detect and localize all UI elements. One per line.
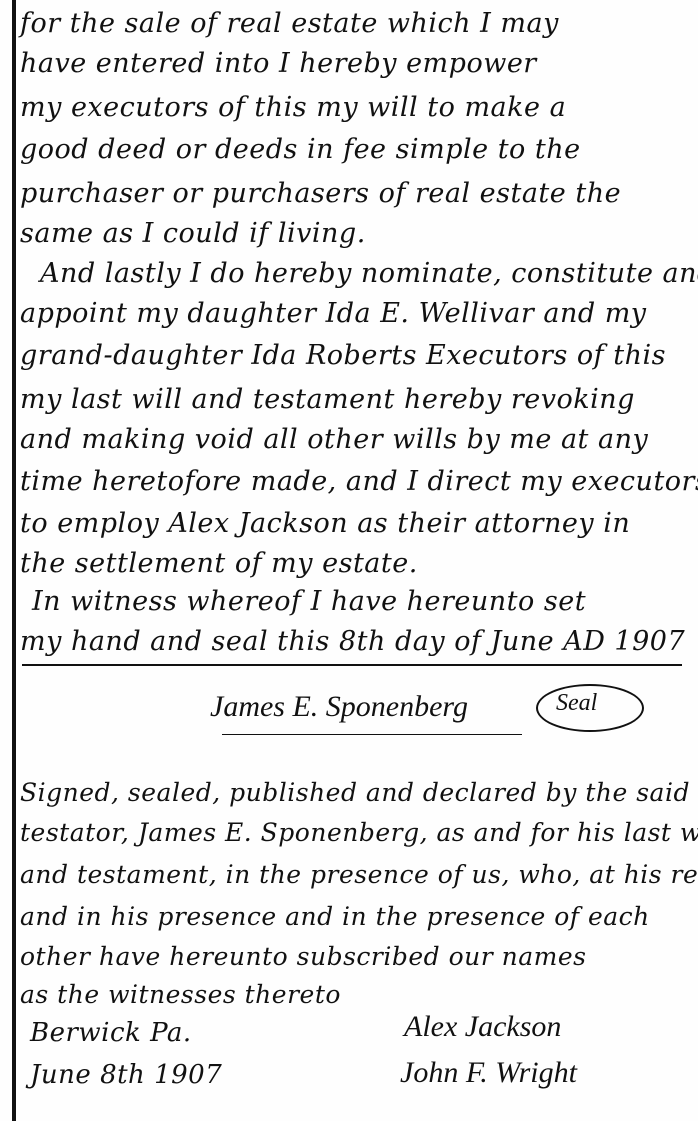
- body-line-3: my executors of this my will to make a: [20, 92, 566, 123]
- attestation-line-4: and in his presence and in the presence …: [20, 902, 650, 931]
- body-line-15: In witness whereof I have hereunto set: [32, 586, 586, 617]
- witness-signature-1: Alex Jackson: [404, 1010, 561, 1044]
- witness-signature-2: John F. Wright: [400, 1056, 577, 1090]
- body-line-5: purchaser or purchasers of real estate t…: [20, 178, 621, 209]
- attestation-line-3: and testament, in the presence of us, wh…: [20, 860, 698, 889]
- document-page: for the sale of real estate which I may …: [0, 0, 698, 1121]
- signing-date: June 8th 1907: [30, 1060, 222, 1090]
- body-line-9: grand-daughter Ida Roberts Executors of …: [20, 340, 666, 371]
- body-line-7: And lastly I do hereby nominate, constit…: [40, 258, 698, 289]
- attestation-line-2: testator, James E. Sponenberg, as and fo…: [20, 818, 698, 847]
- body-line-8: appoint my daughter Ida E. Wellivar and …: [20, 298, 647, 329]
- seal-label: Seal: [556, 690, 597, 717]
- body-line-13: to employ Alex Jackson as their attorney…: [20, 508, 630, 539]
- body-line-11: and making void all other wills by me at…: [20, 424, 648, 455]
- body-line-12: time heretofore made, and I direct my ex…: [20, 466, 698, 497]
- body-line-16: my hand and seal this 8th day of June AD…: [20, 626, 685, 657]
- left-margin-rule: [12, 0, 16, 1121]
- date-underline: [22, 664, 682, 666]
- attestation-line-6: as the witnesses thereto: [20, 980, 341, 1009]
- signature-underline: [222, 734, 522, 735]
- testator-signature: James E. Sponenberg: [210, 690, 468, 724]
- body-line-14: the settlement of my estate.: [20, 548, 418, 579]
- attestation-line-1: Signed, sealed, published and declared b…: [20, 778, 690, 807]
- place: Berwick Pa.: [30, 1018, 192, 1048]
- body-line-10: my last will and testament hereby revoki…: [20, 384, 635, 415]
- attestation-line-5: other have hereunto subscribed our names: [20, 942, 587, 971]
- body-line-2: have entered into I hereby empower: [20, 48, 537, 79]
- body-line-4: good deed or deeds in fee simple to the: [20, 134, 581, 165]
- body-line-1: for the sale of real estate which I may: [20, 8, 559, 39]
- body-line-6: same as I could if living.: [20, 218, 366, 249]
